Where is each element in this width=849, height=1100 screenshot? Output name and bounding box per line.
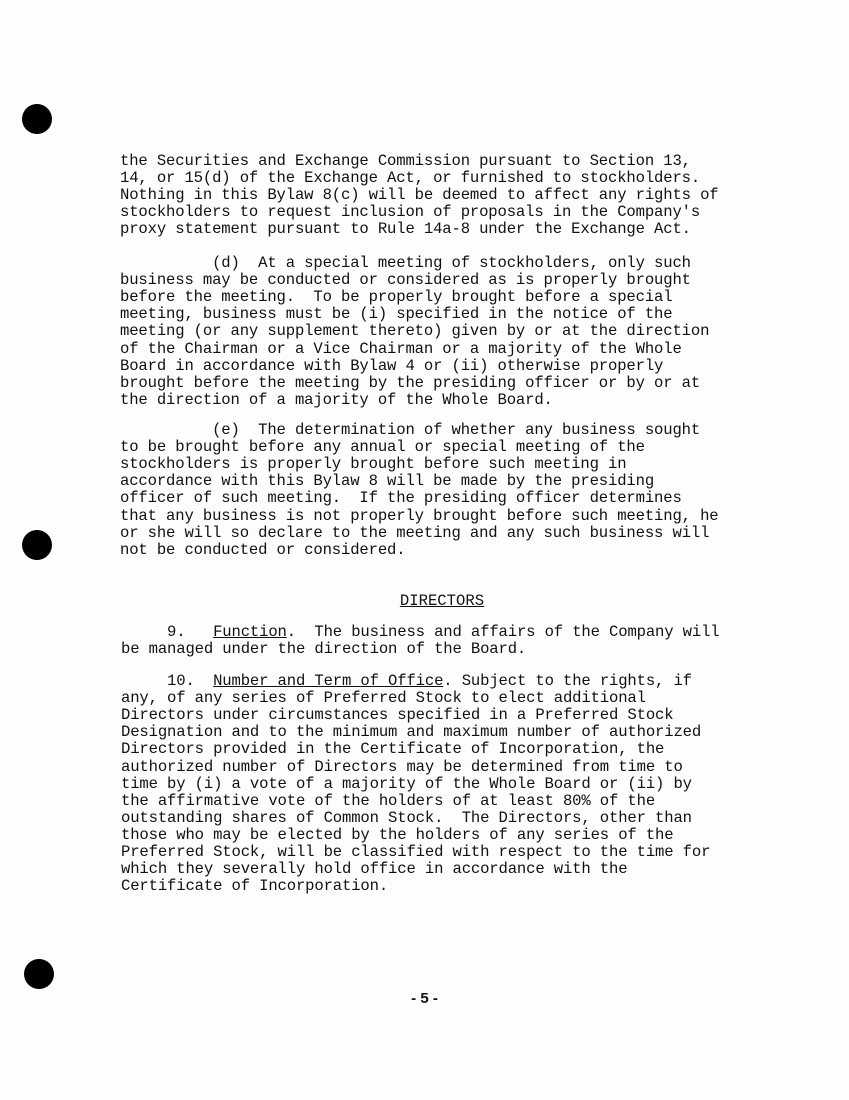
page-number: - 5 - [0, 990, 849, 1007]
paragraph-10-first-line: 10. Number and Term of Office. Subject t… [121, 673, 692, 690]
paragraph-line: stockholders to request inclusion of pro… [120, 204, 700, 221]
paragraph-10-line: outstanding shares of Common Stock. The … [121, 810, 692, 827]
paragraph-10-line: Directors under circumstances specified … [121, 707, 673, 724]
paragraph-e-line: stockholders is properly brought before … [120, 456, 626, 473]
paragraph-e-line: to be brought before any annual or speci… [120, 439, 645, 456]
paragraph-line: the Securities and Exchange Commission p… [120, 153, 691, 170]
paragraph-10-line: any, of any series of Preferred Stock to… [121, 690, 646, 707]
paragraph-10-line: Directors provided in the Certificate of… [121, 741, 664, 758]
paragraph-10-line: Designation and to the minimum and maxim… [121, 724, 701, 741]
paragraph-9-line: be managed under the direction of the Bo… [121, 641, 526, 658]
binder-hole [22, 104, 52, 134]
paragraph-d-line: meeting, business must be (i) specified … [120, 306, 672, 323]
paragraph-line: proxy statement pursuant to Rule 14a-8 u… [120, 221, 691, 238]
paragraph-10-line: Preferred Stock, will be classified with… [121, 844, 710, 861]
paragraph-e-line: (e) The determination of whether any bus… [120, 422, 700, 439]
paragraph-d-line: meeting (or any supplement thereto) give… [120, 323, 709, 340]
binder-hole [24, 959, 54, 989]
paragraph-9-title: Function [213, 623, 287, 641]
paragraph-d-line: Board in accordance with Bylaw 4 or (ii)… [120, 358, 663, 375]
section-heading-directors: DIRECTORS [0, 592, 849, 610]
paragraph-10-line: Certificate of Incorporation. [121, 878, 388, 895]
paragraph-9-text: . The business and affairs of the Compan… [287, 623, 720, 641]
paragraph-d-line: (d) At a special meeting of stockholders… [120, 255, 691, 272]
binder-hole [22, 530, 52, 560]
paragraph-d-line: the direction of a majority of the Whole… [120, 392, 553, 409]
paragraph-10-line: authorized number of Directors may be de… [121, 759, 683, 776]
paragraph-10-line: time by (i) a vote of a majority of the … [121, 776, 692, 793]
paragraph-10-line: those who may be elected by the holders … [121, 827, 673, 844]
paragraph-d-line: brought before the meeting by the presid… [120, 375, 700, 392]
paragraph-10-line: the affirmative vote of the holders of a… [121, 793, 655, 810]
paragraph-10-line: which they severally hold office in acco… [121, 861, 627, 878]
paragraph-9-number: 9. [121, 623, 213, 641]
paragraph-e-line: not be conducted or considered. [120, 542, 405, 559]
paragraph-d-line: before the meeting. To be properly broug… [120, 289, 672, 306]
paragraph-e-line: accordance with this Bylaw 8 will be mad… [120, 473, 654, 490]
paragraph-line: 14, or 15(d) of the Exchange Act, or fur… [120, 170, 700, 187]
paragraph-e-line: or she will so declare to the meeting an… [120, 525, 709, 542]
document-page: the Securities and Exchange Commission p… [0, 0, 849, 1100]
paragraph-e-line: officer of such meeting. If the presidin… [120, 490, 682, 507]
paragraph-e-line: that any business is not properly brough… [120, 508, 719, 525]
paragraph-10-text: . Subject to the rights, if [443, 672, 692, 690]
paragraph-d-line: business may be conducted or considered … [120, 272, 691, 289]
paragraph-d-line: of the Chairman or a Vice Chairman or a … [120, 341, 682, 358]
paragraph-10-title: Number and Term of Office [213, 672, 443, 690]
paragraph-line: Nothing in this Bylaw 8(c) will be deeme… [120, 187, 719, 204]
paragraph-10-number: 10. [121, 672, 213, 690]
paragraph-9-first-line: 9. Function. The business and affairs of… [121, 624, 720, 641]
